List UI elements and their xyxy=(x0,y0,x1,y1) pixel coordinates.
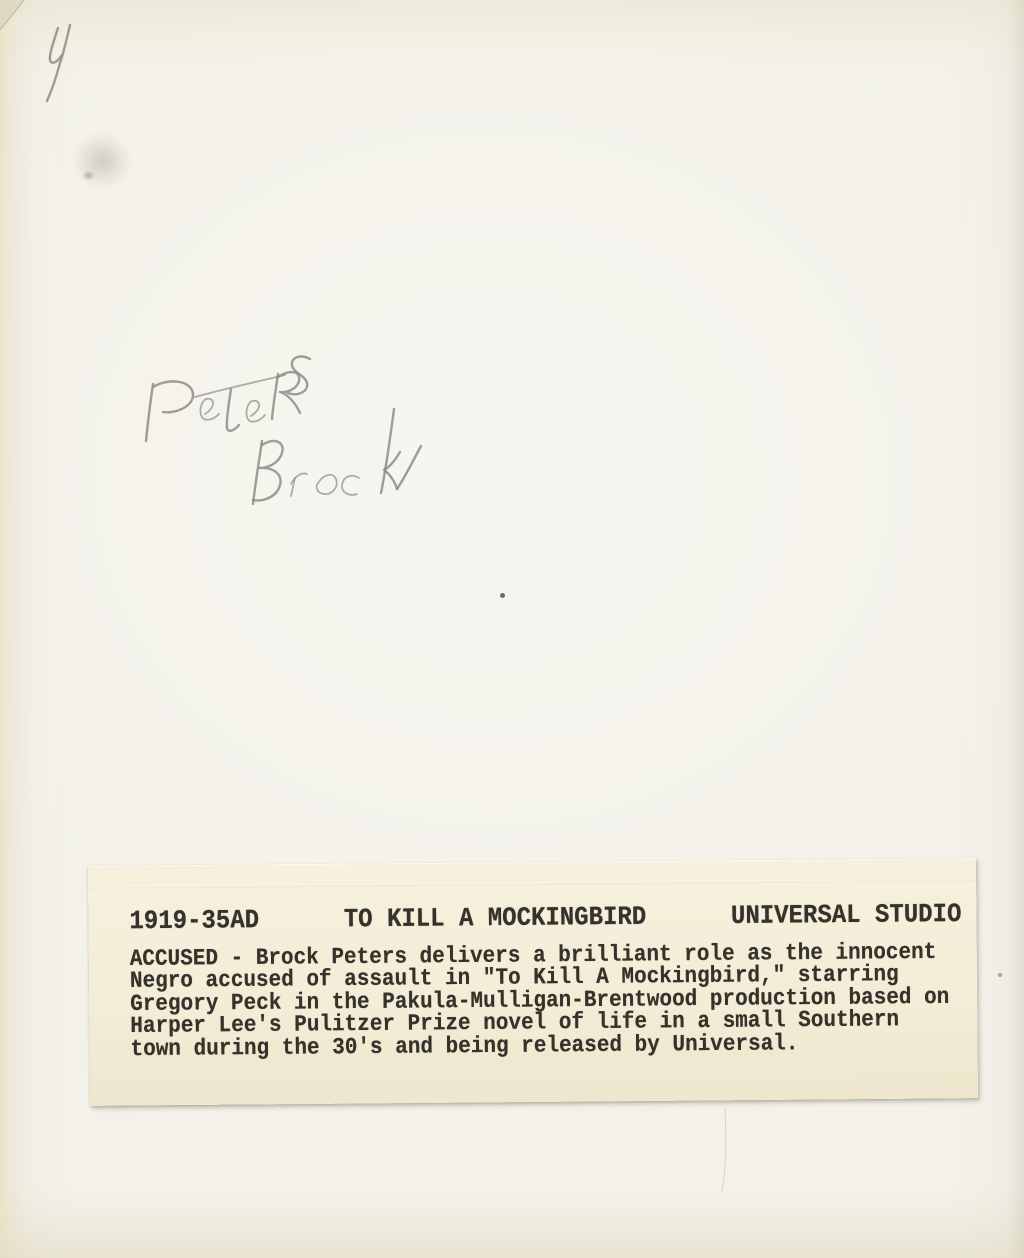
caption-text: ACCUSED - Brock Peters delivers a brilli… xyxy=(130,942,963,1061)
caption-header-row: 1919-35AD TO KILL A MOCKINGBIRD UNIVERSA… xyxy=(129,902,961,936)
handwritten-surname xyxy=(146,357,310,441)
handwritten-number-icon xyxy=(47,25,70,101)
corner-crease-line xyxy=(0,0,24,30)
studio-name: UNIVERSAL STUDIO xyxy=(731,902,962,930)
photo-verso: 1919-35AD TO KILL A MOCKINGBIRD UNIVERSA… xyxy=(0,0,1024,1258)
paper-speck xyxy=(500,593,505,598)
caption-snipe: 1919-35AD TO KILL A MOCKINGBIRD UNIVERSA… xyxy=(88,858,978,1106)
handwritten-first-name xyxy=(253,409,421,504)
film-title: TO KILL A MOCKINGBIRD xyxy=(344,905,647,934)
corner-crease xyxy=(0,0,24,30)
pencil-smudge xyxy=(72,132,132,190)
paper-speck xyxy=(998,973,1002,977)
pencil-smudge-dot xyxy=(84,172,93,179)
production-code: 1919-35AD xyxy=(129,908,259,936)
paper-scratch xyxy=(722,1107,726,1192)
